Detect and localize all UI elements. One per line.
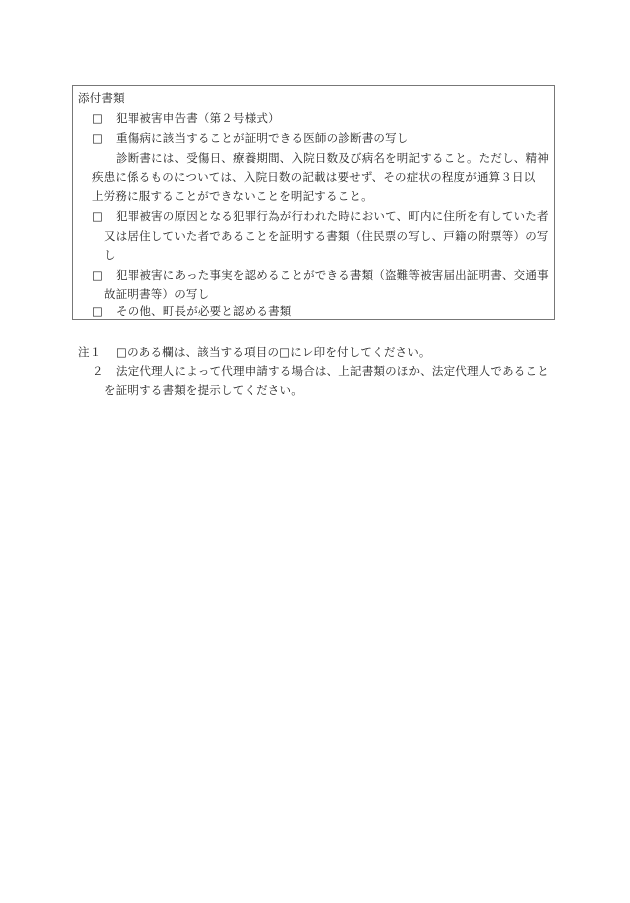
item-note-line: 上労務に服することができないことを明記すること。 xyxy=(92,189,373,203)
item-label: 犯罪被害の原因となる犯罪行為が行われた時において、町内に住所を有していた者 xyxy=(116,209,549,223)
note-2: ２法定代理人によって代理申請する場合は、上記書類のほか、法定代理人であること xyxy=(92,364,549,378)
item-label: その他、町長が必要と認める書類 xyxy=(116,304,292,318)
checkbox[interactable]: □ xyxy=(92,209,116,223)
checkbox[interactable]: □ xyxy=(92,268,116,282)
attachment-item-residence-proof: □犯罪被害の原因となる犯罪行為が行われた時において、町内に住所を有していた者 xyxy=(92,209,549,223)
note-number: ２ xyxy=(92,364,116,378)
attachment-item-other: □その他、町長が必要と認める書類 xyxy=(92,304,292,318)
item-label: 犯罪被害申告書（第２号様式） xyxy=(116,111,280,125)
note-text: □のある欄は、該当する項目の□にレ印を付してください。 xyxy=(116,345,431,359)
item-label: 犯罪被害にあった事実を認めることができる書類（盗難等被害届出証明書、交通事 xyxy=(116,268,549,282)
item-label: 重傷病に該当することが証明できる医師の診断書の写し xyxy=(116,131,409,145)
note-1: 注１□のある欄は、該当する項目の□にレ印を付してください。 xyxy=(78,345,431,359)
item-label-line: し xyxy=(104,248,116,262)
note-prefix: 注１ xyxy=(78,345,116,359)
item-note-line: 診断書には、受傷日、療養期間、入院日数及び病名を明記すること。ただし、精神 xyxy=(116,151,549,165)
checkbox[interactable]: □ xyxy=(92,111,116,125)
note-text: 法定代理人によって代理申請する場合は、上記書類のほか、法定代理人であること xyxy=(116,364,549,378)
item-label-line: 又は居住していた者であることを証明する書類（住民票の写し、戸籍の附票等）の写 xyxy=(104,229,549,243)
item-note-line: 疾患に係るものについては、入院日数の記載は要せず、その症状の程度が通算３日以 xyxy=(92,170,535,184)
attachments-heading: 添付書類 xyxy=(78,91,125,105)
note-text-line: を証明する書類を提示してください。 xyxy=(104,383,303,397)
checkbox[interactable]: □ xyxy=(92,304,116,318)
attachment-item-crime-report: □犯罪被害申告書（第２号様式） xyxy=(92,111,280,125)
attachment-item-medical-certificate: □重傷病に該当することが証明できる医師の診断書の写し xyxy=(92,131,409,145)
attachment-item-damage-proof: □犯罪被害にあった事実を認めることができる書類（盗難等被害届出証明書、交通事 xyxy=(92,268,549,282)
item-label-line: 故証明書等）の写し xyxy=(104,287,209,301)
checkbox[interactable]: □ xyxy=(92,131,116,145)
